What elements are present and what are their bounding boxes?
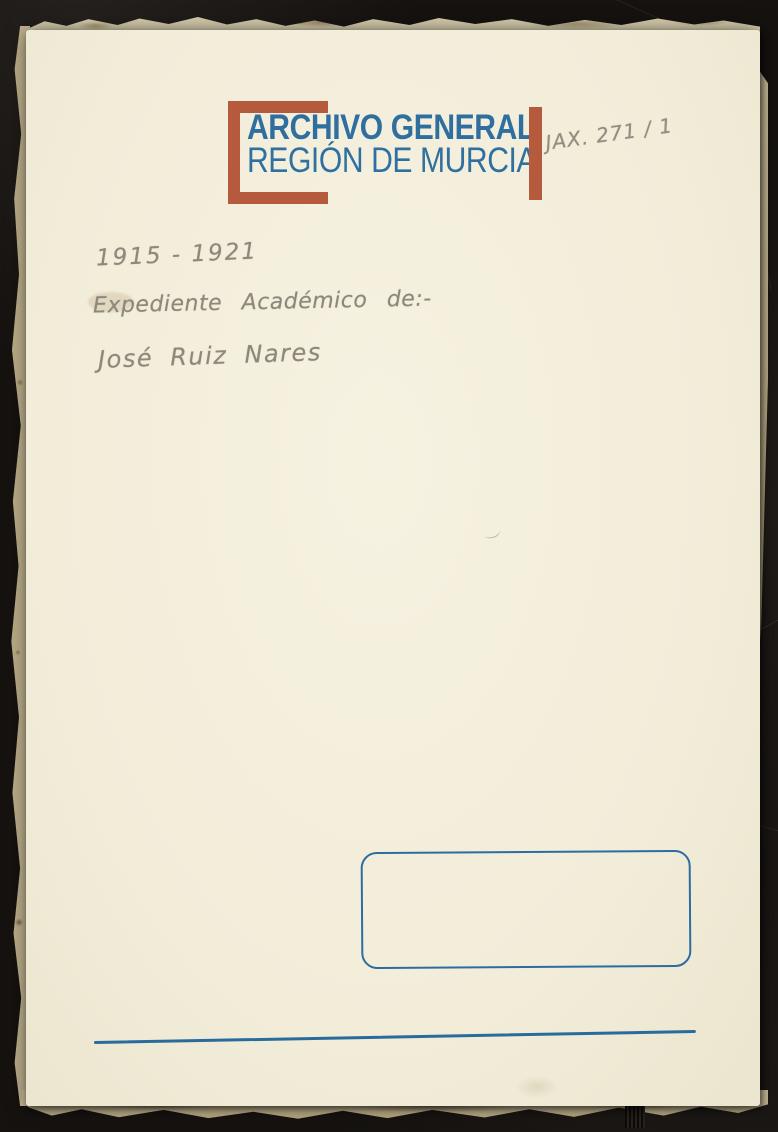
handwritten-date-range: 1915 - 1921 [96, 238, 259, 271]
empty-label-box [361, 850, 692, 969]
institution-name-line2: REGIÓN DE MURCIA [247, 144, 536, 177]
logo-bar-icon [529, 107, 542, 200]
binding-notch [625, 1106, 645, 1128]
scanned-document-view: ARCHIVO GENERAL REGIÓN DE MURCIA JAX. 27… [0, 0, 778, 1132]
handwritten-person-name: José Ruiz Nares [98, 338, 323, 374]
footer-rule-line [94, 1030, 696, 1044]
archive-cover-page: ARCHIVO GENERAL REGIÓN DE MURCIA JAX. 27… [26, 30, 760, 1106]
institution-name-line1: ARCHIVO GENERAL [247, 111, 536, 144]
stray-pencil-mark [483, 525, 502, 540]
handwritten-record-type: Expediente Académico de:- [93, 286, 432, 318]
